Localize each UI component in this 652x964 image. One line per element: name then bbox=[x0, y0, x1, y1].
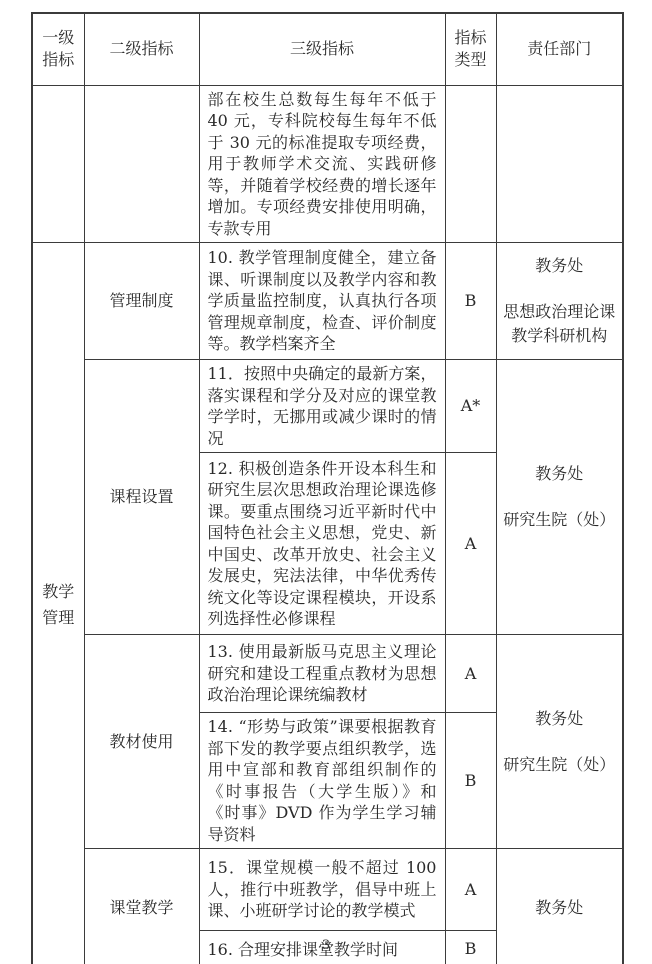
header-level2: 二级指标 bbox=[84, 13, 199, 85]
dept-line: 研究生院（处） bbox=[500, 753, 620, 777]
level2-cell: 教材使用 bbox=[84, 635, 199, 849]
type-cell: A bbox=[445, 453, 496, 635]
level1-cell: 教学管理 bbox=[32, 243, 84, 964]
indicator-table: 一级指标 二级指标 三级指标 指标类型 责任部门 部在校生总数每生每年不低于 4… bbox=[31, 12, 624, 964]
dept-line: 研究生院（处） bbox=[500, 508, 620, 532]
type-cell: B bbox=[445, 713, 496, 849]
table-row: 教材使用 13. 使用最新版马克思主义理论研究和建设工程重点教材为思想政治治理论… bbox=[32, 635, 623, 713]
level3-cell: 12. 积极创造条件开设本科生和研究生层次思想政治理论课选修课。要重点围绕习近平… bbox=[199, 453, 445, 635]
table-row: 部在校生总数每生每年不低于 40 元，专科院校每生每年不低于 30 元的标准提取… bbox=[32, 85, 623, 243]
level2-cell: 管理制度 bbox=[84, 243, 199, 360]
type-cell: A* bbox=[445, 360, 496, 453]
level3-cell: 13. 使用最新版马克思主义理论研究和建设工程重点教材为思想政治治理论课统编教材 bbox=[199, 635, 445, 713]
level3-cell: 11．按照中央确定的最新方案，落实课程和学分及对应的课堂教学学时，无挪用或减少课… bbox=[199, 360, 445, 453]
table-row: 课堂教学 15．课堂规模一般不超过 100 人，推行中班教学，倡导中班上课、小班… bbox=[32, 849, 623, 931]
header-row: 一级指标 二级指标 三级指标 指标类型 责任部门 bbox=[32, 13, 623, 85]
header-type: 指标类型 bbox=[445, 13, 496, 85]
dept-line: 教务处 bbox=[500, 462, 620, 486]
table-row: 教学管理 管理制度 10. 教学管理制度健全，建立备课、听课制度以及教学内容和教… bbox=[32, 243, 623, 360]
type-cell: B bbox=[445, 243, 496, 360]
level3-cell: 10. 教学管理制度健全，建立备课、听课制度以及教学内容和教学质量监控制度，认真… bbox=[199, 243, 445, 360]
dept-line: 教务处 bbox=[500, 254, 620, 278]
header-dept: 责任部门 bbox=[496, 13, 623, 85]
header-level3: 三级指标 bbox=[199, 13, 445, 85]
level2-cell-empty bbox=[84, 85, 199, 243]
type-cell: A bbox=[445, 635, 496, 713]
level3-cell: 15．课堂规模一般不超过 100 人，推行中班教学，倡导中班上课、小班研学讨论的… bbox=[199, 849, 445, 931]
dept-line: 教务处 bbox=[500, 896, 620, 920]
dept-line: 思想政治理论课教学科研机构 bbox=[500, 300, 620, 348]
table-row: 课程设置 11．按照中央确定的最新方案，落实课程和学分及对应的课堂教学学时，无挪… bbox=[32, 360, 623, 453]
level3-cell: 14. “形势与政策”课要根据教育部下发的教学要点组织教学，选用中宣部和教育部组… bbox=[199, 713, 445, 849]
dept-line: 教务处 bbox=[500, 707, 620, 731]
document-page: 一级指标 二级指标 三级指标 指标类型 责任部门 部在校生总数每生每年不低于 4… bbox=[0, 0, 652, 964]
header-level1: 一级指标 bbox=[32, 13, 84, 85]
dept-cell: 教务处 研究生院（处） bbox=[496, 360, 623, 635]
level3-cell: 部在校生总数每生每年不低于 40 元，专科院校每生每年不低于 30 元的标准提取… bbox=[199, 85, 445, 243]
dept-cell: 教务处 思想政治理论课教学科研机构 bbox=[496, 243, 623, 360]
page-number: 3 bbox=[0, 938, 652, 953]
dept-cell: 教务处 研究生院（处） bbox=[496, 635, 623, 849]
type-cell bbox=[445, 85, 496, 243]
dept-cell bbox=[496, 85, 623, 243]
level2-cell: 课程设置 bbox=[84, 360, 199, 635]
type-cell: A bbox=[445, 849, 496, 931]
level1-cell-empty bbox=[32, 85, 84, 243]
